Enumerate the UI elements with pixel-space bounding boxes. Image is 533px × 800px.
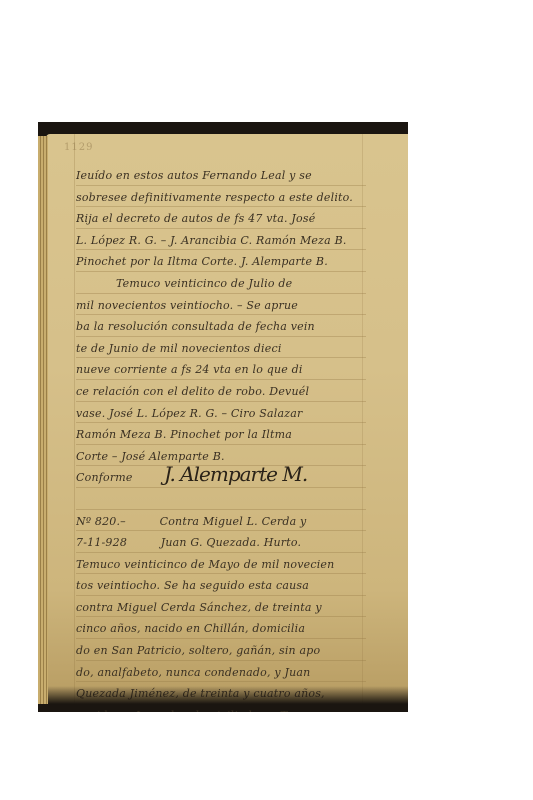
page-bottom-shadow — [46, 686, 408, 704]
ledger-page: 1129 Ieuído en estos autos Fernando Leal… — [46, 134, 408, 704]
text-line: te de Junio de mil novecientos dieci — [76, 337, 366, 359]
blank-line — [76, 488, 366, 510]
signature: J. Alemparte M. — [164, 466, 307, 486]
text-line: ba la resolución consultada de fecha vei… — [76, 315, 366, 337]
text-line: vase. José L. López R. G. – Ciro Salazar — [76, 402, 366, 424]
entry-header-line-2: 7-11-928 Juan G. Quezada. Hurto. — [76, 531, 366, 553]
text-line: Rija el decreto de autos de fs 47 vta. J… — [76, 207, 366, 229]
handwritten-text: Ieuído en estos autos Fernando Leal y se… — [76, 164, 366, 712]
text-line: ce relación con el delito de robo. Devué… — [76, 380, 366, 402]
text-line: Corte – José Alemparte B. — [76, 445, 366, 467]
conforme-row: Conforme J. Alemparte M. — [76, 466, 366, 488]
entry-header-line-1: Nº 820.– Contra Miguel L. Cerda y — [76, 510, 366, 532]
entry-title-1: Contra Miguel L. Cerda y — [130, 515, 307, 528]
text-line: Pinochet por la Iltma Corte. J. Alempart… — [76, 250, 366, 272]
entry-date-code: 7-11-928 — [76, 536, 127, 549]
text-line: do en San Patricio, soltero, gañán, sin … — [76, 639, 366, 661]
text-line: Temuco veinticinco de Julio de — [76, 272, 366, 294]
entry-title-2: Juan G. Quezada. Hurto. — [131, 536, 301, 549]
folio-number: 1129 — [64, 142, 93, 153]
text-line: mil novecientos veintiocho. – Se aprue — [76, 294, 366, 316]
text-line: Ramón Meza B. Pinochet por la Iltma — [76, 423, 366, 445]
text-line: Ieuído en estos autos Fernando Leal y se — [76, 164, 366, 186]
text-line: nueve corriente a fs 24 vta en lo que di — [76, 358, 366, 380]
conforme-label: Conforme — [76, 471, 133, 484]
left-margin-rule — [74, 134, 75, 704]
entry-number: Nº 820.– — [76, 515, 126, 528]
text-line: tos veintiocho. Se ha seguido esta causa — [76, 574, 366, 596]
book-page-edges — [38, 136, 48, 704]
text-line: do, analfabeto, nunca condenado, y Juan — [76, 661, 366, 683]
text-line: cinco años, nacido en Chillán, domicilia — [76, 617, 366, 639]
text-line: L. López R. G. – J. Arancibia C. Ramón M… — [76, 229, 366, 251]
text-line: sobresee definitivamente respecto a este… — [76, 186, 366, 208]
text-line: nacido en Lonoche, domiciliado en Temuco — [76, 704, 366, 712]
document-photo: 1129 Ieuído en estos autos Fernando Leal… — [38, 122, 408, 712]
text-line: Temuco veinticinco de Mayo de mil noveci… — [76, 553, 366, 575]
text-line: contra Miguel Cerda Sánchez, de treinta … — [76, 596, 366, 618]
